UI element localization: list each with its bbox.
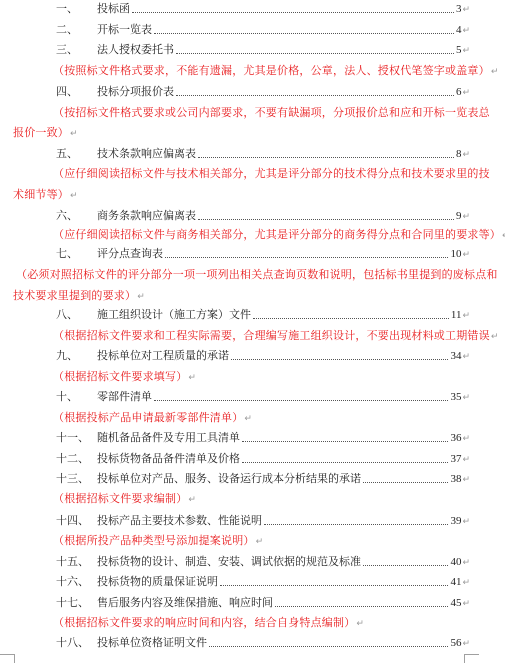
note-text: 术细节等） [13, 188, 69, 201]
toc-entry[interactable]: 十二、 投标货物备品备件清单及价格 37 ↵ [56, 450, 470, 468]
margin-corner-mark-right [464, 654, 479, 663]
toc-title: 投标货物的质量保证说明 [97, 573, 218, 591]
dot-leader [154, 21, 454, 34]
note-paragraph: （根据所投产品种类型号添加提案说明）↵ [53, 532, 263, 550]
note-text: （必须对照招标文件的评分部分一项一项列出相关点查询页数和说明，包括标书里提到的废… [16, 268, 498, 281]
toc-title: 投标单位对工程质量的承诺 [97, 347, 229, 365]
dot-leader [176, 83, 454, 96]
note-paragraph: （根据招标文件要求填写）↵ [53, 368, 196, 386]
dot-leader [198, 207, 454, 220]
note-paragraph-continued: 术细节等）↵ [13, 186, 78, 204]
note-paragraph: （根据招标文件要求和工程实际需要，合理编写施工组织设计，不要出现材料或工期错误↵ [53, 327, 499, 345]
paragraph-mark-icon: ↵ [462, 513, 470, 531]
paragraph-mark-icon: ↵ [462, 1, 470, 19]
toc-page-number: 38 [450, 470, 461, 488]
toc-entry[interactable]: 七、 评分点查询表 10 ↵ [56, 245, 470, 263]
toc-number: 十六、 [56, 573, 97, 591]
dot-leader [132, 0, 454, 13]
toc-number: 六、 [56, 207, 97, 225]
note-text: （按照标文件格式要求，不能有遗漏，尤其是价格，公章，法人、授权代笔签字或盖章） [53, 64, 490, 77]
toc-page-number: 37 [450, 450, 461, 468]
toc-entry[interactable]: 十八、 投标单位资格证明文件 56 ↵ [56, 634, 470, 652]
toc-title: 商务条款响应偏离表 [97, 207, 196, 225]
toc-number: 十八、 [56, 634, 97, 652]
paragraph-mark-icon: ↵ [491, 332, 499, 342]
toc-entry[interactable]: 一、 投标函 3 ↵ [56, 0, 470, 18]
toc-entry[interactable]: 十三、 投标单位对产品、服务、设备运行成本分析结果的承诺 38 ↵ [56, 470, 470, 488]
note-text: （应仔细阅读招标文件与技术相关部分，尤其是评分部分的技术得分点和技术要求里的技 [53, 167, 490, 180]
dot-leader [198, 145, 454, 158]
toc-entry[interactable]: 六、 商务条款响应偏离表 9 ↵ [56, 207, 470, 225]
paragraph-mark-icon: ↵ [356, 619, 364, 629]
toc-page-number: 11 [451, 306, 462, 324]
toc-entry[interactable]: 五、 技术条款响应偏离表 8 ↵ [56, 145, 470, 163]
toc-page-number: 36 [450, 429, 461, 447]
paragraph-mark-icon: ↵ [188, 495, 196, 505]
note-text: （根据所投产品种类型号添加提案说明） [53, 534, 255, 547]
margin-corner-mark-left [0, 654, 15, 663]
dot-leader [264, 512, 448, 525]
paragraph-mark-icon: ↵ [188, 373, 196, 383]
toc-page-number: 45 [450, 594, 461, 612]
dot-leader [363, 470, 448, 483]
paragraph-mark-icon: ↵ [462, 595, 470, 613]
paragraph-mark-icon: ↵ [462, 307, 470, 325]
paragraph-mark-icon: ↵ [462, 348, 470, 366]
toc-number: 三、 [56, 41, 97, 59]
note-paragraph-continued: 报价一致）↵ [13, 124, 78, 142]
paragraph-mark-icon: ↵ [462, 146, 470, 164]
paragraph-mark-icon: ↵ [244, 414, 252, 424]
toc-number: 十五、 [56, 553, 97, 571]
paragraph-mark-icon: ↵ [462, 471, 470, 489]
dot-leader [165, 245, 448, 258]
toc-title: 投标货物备品备件清单及价格 [97, 450, 240, 468]
note-text: （根据招标文件要求的响应时间和内容，结合自身特点编制） [53, 616, 355, 629]
toc-title: 技术条款响应偏离表 [97, 145, 196, 163]
toc-title: 售后服务内容及维保措施、响应时间 [97, 594, 273, 612]
toc-page-number: 5 [456, 41, 462, 59]
note-paragraph: （应仔细阅读招标文件与技术相关部分，尤其是评分部分的技术得分点和技术要求里的技 [53, 165, 490, 183]
note-text: （根据招标文件要求填写） [53, 370, 187, 383]
toc-title: 开标一览表 [97, 21, 152, 39]
toc-number: 十七、 [56, 594, 97, 612]
paragraph-mark-icon: ↵ [70, 129, 78, 139]
dot-leader [242, 429, 448, 442]
toc-entry[interactable]: 十五、 投标货物的设计、制造、安装、调试依据的规范及标准 40 ↵ [56, 553, 470, 571]
toc-title: 投标函 [97, 0, 130, 18]
paragraph-mark-icon: ↵ [462, 635, 470, 653]
toc-page-number: 34 [450, 347, 461, 365]
paragraph-mark-icon: ↵ [462, 554, 470, 572]
note-paragraph: （根据招标文件要求编制）↵ [53, 490, 196, 508]
toc-number: 四、 [56, 83, 97, 101]
toc-number: 十三、 [56, 470, 97, 488]
paragraph-mark-icon: ↵ [462, 42, 470, 60]
toc-title: 随机备品备件及专用工具清单 [97, 429, 240, 447]
toc-title: 投标货物的设计、制造、安装、调试依据的规范及标准 [97, 553, 361, 571]
paragraph-mark-icon: ↵ [462, 430, 470, 448]
toc-title: 法人授权委托书 [97, 41, 174, 59]
note-text: （根据招标文件要求和工程实际需要，合理编写施工组织设计，不要出现材料或工期错误 [53, 329, 490, 342]
note-text: （根据投标产品申请最新零部件清单） [53, 411, 243, 424]
toc-page-number: 35 [450, 388, 461, 406]
toc-page-number: 4 [456, 21, 462, 39]
toc-entry[interactable]: 三、 法人授权委托书 5 ↵ [56, 41, 470, 59]
toc-title: 零部件清单 [97, 388, 152, 406]
toc-title: 投标单位对产品、服务、设备运行成本分析结果的承诺 [97, 470, 361, 488]
note-paragraph: （必须对照招标文件的评分部分一项一项列出相关点查询页数和说明，包括标书里提到的废… [16, 266, 498, 284]
dot-leader [176, 41, 454, 54]
toc-page-number: 56 [450, 634, 461, 652]
toc-entry[interactable]: 十七、 售后服务内容及维保措施、响应时间 45 ↵ [56, 594, 470, 612]
note-text: （按招标文件格式要求或公司内部要求，不要有缺漏项，分项报价总和应和开标一览表总 [53, 106, 490, 119]
toc-title: 投标分项报价表 [97, 83, 174, 101]
dot-leader [231, 347, 448, 360]
paragraph-mark-icon: ↵ [491, 67, 499, 77]
toc-page-number: 10 [450, 245, 461, 263]
toc-number: 九、 [56, 347, 97, 365]
toc-entry[interactable]: 十六、 投标货物的质量保证说明 41 ↵ [56, 573, 470, 591]
toc-title: 施工组织设计（施工方案）文件 [97, 306, 251, 324]
note-text: （应仔细阅读招标文件与商务相关部分，尤其是评分部分的商务得分点和合同里的要求等） [53, 228, 501, 241]
toc-title: 评分点查询表 [97, 245, 163, 263]
note-paragraph: （根据招标文件要求的响应时间和内容，结合自身特点编制）↵ [53, 614, 364, 632]
paragraph-mark-icon: ↵ [137, 292, 145, 302]
paragraph-mark-icon: ↵ [256, 537, 264, 547]
paragraph-mark-icon: ↵ [70, 191, 78, 201]
dot-leader [275, 594, 448, 607]
toc-page-number: 40 [450, 553, 461, 571]
toc-entry[interactable]: 十、 零部件清单 35 ↵ [56, 388, 470, 406]
toc-number: 七、 [56, 245, 97, 263]
note-paragraph: （根据投标产品申请最新零部件清单）↵ [53, 409, 252, 427]
toc-number: 十一、 [56, 429, 97, 447]
toc-title: 投标产品主要技术参数、性能说明 [97, 512, 262, 530]
toc-entry[interactable]: 二、 开标一览表 4 ↵ [56, 21, 470, 39]
toc-entry[interactable]: 十四、 投标产品主要技术参数、性能说明 39 ↵ [56, 512, 470, 530]
dot-leader [253, 306, 449, 319]
paragraph-mark-icon: ↵ [462, 22, 470, 40]
note-text: 报价一致） [13, 126, 69, 139]
toc-page-number: 9 [456, 207, 462, 225]
note-paragraph: （应仔细阅读招标文件与商务相关部分，尤其是评分部分的商务得分点和合同里的要求等）… [53, 226, 505, 244]
note-paragraph: （按招标文件格式要求或公司内部要求，不要有缺漏项，分项报价总和应和开标一览表总 [53, 104, 490, 122]
toc-number: 十、 [56, 388, 97, 406]
toc-entry[interactable]: 九、 投标单位对工程质量的承诺 34 ↵ [56, 347, 470, 365]
toc-page-number: 39 [450, 512, 461, 530]
note-paragraph: （按照标文件格式要求，不能有遗漏，尤其是价格，公章，法人、授权代笔签字或盖章）↵ [53, 62, 499, 80]
dot-leader [154, 388, 448, 401]
toc-page-number: 6 [456, 83, 462, 101]
toc-number: 一、 [56, 0, 97, 18]
toc-entry[interactable]: 八、 施工组织设计（施工方案）文件 11 ↵ [56, 306, 470, 324]
dot-leader [209, 634, 448, 647]
toc-number: 五、 [56, 145, 97, 163]
paragraph-mark-icon: ↵ [462, 451, 470, 469]
dot-leader [363, 553, 448, 566]
toc-title: 投标单位资格证明文件 [97, 634, 207, 652]
note-paragraph-continued: 技术要求里提到的要求）↵ [13, 287, 145, 305]
toc-page-number: 3 [456, 0, 462, 18]
paragraph-mark-icon: ↵ [462, 389, 470, 407]
dot-leader [242, 450, 448, 463]
paragraph-mark-icon: ↵ [462, 84, 470, 102]
note-text: （根据招标文件要求编制） [53, 492, 187, 505]
paragraph-mark-icon: ↵ [462, 574, 470, 592]
toc-page-number: 41 [450, 573, 461, 591]
toc-page-number: 8 [456, 145, 462, 163]
note-text: 技术要求里提到的要求） [13, 289, 136, 302]
dot-leader [220, 573, 448, 586]
paragraph-mark-icon: ↵ [462, 208, 470, 226]
toc-number: 十二、 [56, 450, 97, 468]
toc-entry[interactable]: 十一、 随机备品备件及专用工具清单 36 ↵ [56, 429, 470, 447]
toc-number: 十四、 [56, 512, 97, 530]
toc-number: 二、 [56, 21, 97, 39]
toc-entry[interactable]: 四、 投标分项报价表 6 ↵ [56, 83, 470, 101]
paragraph-mark-icon: ↵ [462, 246, 470, 264]
toc-number: 八、 [56, 306, 97, 324]
